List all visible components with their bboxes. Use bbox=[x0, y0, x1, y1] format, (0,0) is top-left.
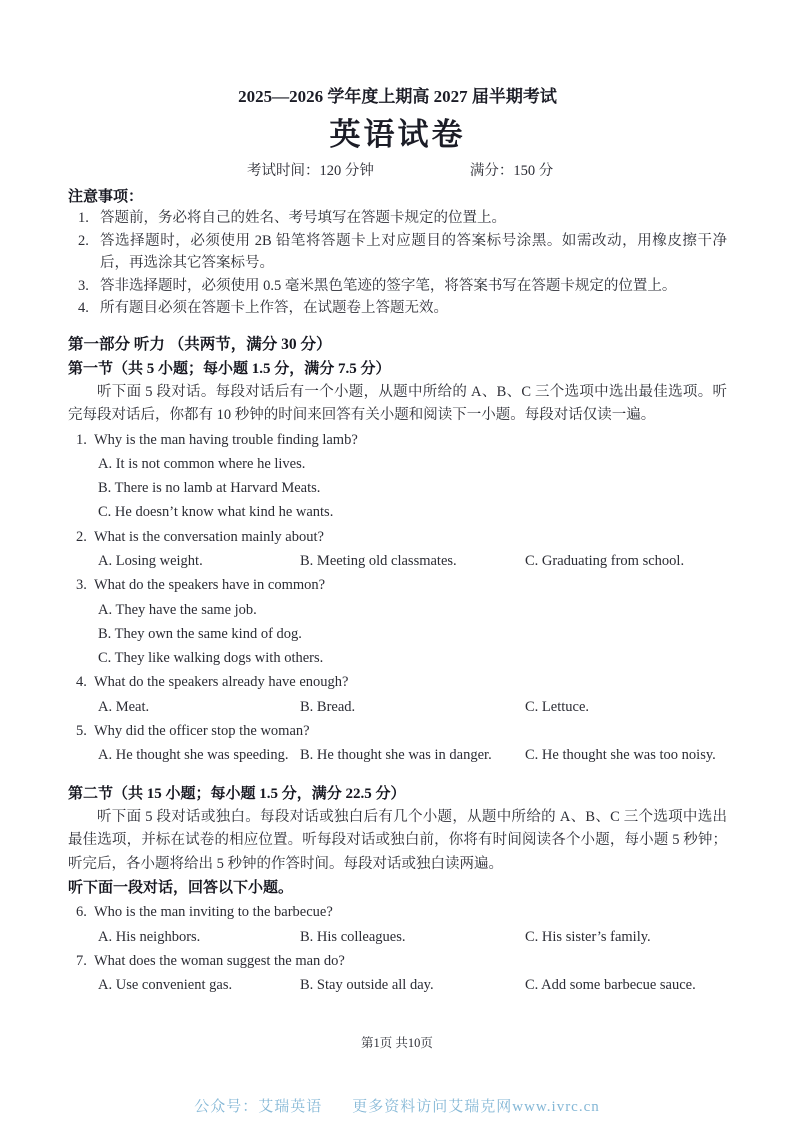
option-c: C. His sister’s family. bbox=[525, 925, 727, 949]
exam-paper-page: 2025—2026 学年度上期高 2027 届半期考试 英语试卷 考试时间：12… bbox=[0, 0, 794, 1123]
question-line: 7. What does the woman suggest the man d… bbox=[68, 949, 727, 973]
note-text: 答非选择题时，必须使用 0.5 毫米黑色笔迹的签字笔，将答案书写在答题卡规定的位… bbox=[100, 278, 676, 294]
question-text: What does the woman suggest the man do? bbox=[94, 953, 345, 969]
note-number: 1. bbox=[78, 207, 89, 230]
note-text: 答题前，务必将自己的姓名、考号填写在答题卡规定的位置上。 bbox=[100, 210, 506, 226]
exam-session-title: 2025—2026 学年度上期高 2027 届半期考试 bbox=[68, 86, 727, 108]
question-line: 5. Why did the officer stop the woman? bbox=[68, 719, 727, 743]
option-b: B. His colleagues. bbox=[300, 925, 525, 949]
question-7: 7. What does the woman suggest the man d… bbox=[68, 949, 727, 998]
question-line: 6. Who is the man inviting to the barbec… bbox=[68, 900, 727, 924]
question-text: What is the conversation mainly about? bbox=[94, 529, 324, 545]
option-a: A. He thought she was speeding. bbox=[98, 743, 300, 767]
exam-info-row: 考试时间：120 分钟 满分：150 分 bbox=[68, 162, 727, 180]
question-line: 3. What do the speakers have in common? bbox=[68, 573, 727, 597]
option-c: C. Lettuce. bbox=[525, 695, 727, 719]
option-a: A. It is not common where he lives. bbox=[68, 452, 727, 476]
exam-duration-label: 考试时间：120 分钟 bbox=[247, 162, 374, 180]
note-item-1: 1. 答题前，务必将自己的姓名、考号填写在答题卡规定的位置上。 bbox=[68, 207, 727, 230]
note-number: 4. bbox=[78, 297, 89, 320]
note-text: 答选择题时，必须使用 2B 铅笔将答题卡上对应题目的答案标号涂黑。如需改动，用橡… bbox=[100, 233, 727, 272]
section2-intro: 听下面 5 段对话或独白。每段对话或独白后有几个小题，从题中所给的 A、B、C … bbox=[68, 806, 727, 877]
question-number: 6. bbox=[76, 900, 87, 924]
section2-sub-heading: 听下面一段对话，回答以下小题。 bbox=[68, 876, 727, 900]
notes-heading: 注意事项： bbox=[68, 187, 727, 207]
page-number-indicator: 第1页 共10页 bbox=[0, 1033, 794, 1051]
promo-account-label: 公众号：艾瑞英语 bbox=[194, 1095, 322, 1116]
question-number: 7. bbox=[76, 949, 87, 973]
option-a: A. His neighbors. bbox=[98, 925, 300, 949]
question-text: Why did the officer stop the woman? bbox=[94, 723, 310, 739]
options-row: A. His neighbors. B. His colleagues. C. … bbox=[68, 925, 727, 949]
section2-heading: 第二节（共 15 小题；每小题 1.5 分，满分 22.5 分） bbox=[68, 782, 727, 806]
option-c: C. They like walking dogs with others. bbox=[68, 646, 727, 670]
option-b: B. They own the same kind of dog. bbox=[68, 622, 727, 646]
option-c: C. He thought she was too noisy. bbox=[525, 743, 727, 767]
question-text: Why is the man having trouble finding la… bbox=[94, 432, 358, 448]
option-c: C. Graduating from school. bbox=[525, 549, 727, 573]
note-item-2: 2. 答选择题时，必须使用 2B 铅笔将答题卡上对应题目的答案标号涂黑。如需改动… bbox=[68, 230, 727, 275]
option-a: A. Losing weight. bbox=[98, 549, 300, 573]
note-number: 3. bbox=[78, 275, 89, 298]
subject-title: 英语试卷 bbox=[68, 115, 727, 155]
options-row: A. Meat. B. Bread. C. Lettuce. bbox=[68, 695, 727, 719]
question-1: 1. Why is the man having trouble finding… bbox=[68, 428, 727, 525]
option-c: C. Add some barbecue sauce. bbox=[525, 973, 727, 997]
option-b: B. Bread. bbox=[300, 695, 525, 719]
note-item-4: 4. 所有题目必须在答题卡上作答，在试题卷上答题无效。 bbox=[68, 297, 727, 320]
promo-site-link[interactable]: 更多资料访问艾瑞克网www.ivrc.cn bbox=[352, 1095, 600, 1116]
section1-heading: 第一节（共 5 小题；每小题 1.5 分，满分 7.5 分） bbox=[68, 357, 727, 381]
option-a: A. Use convenient gas. bbox=[98, 973, 300, 997]
question-line: 1. Why is the man having trouble finding… bbox=[68, 428, 727, 452]
question-line: 4. What do the speakers already have eno… bbox=[68, 670, 727, 694]
options-row: A. He thought she was speeding. B. He th… bbox=[68, 743, 727, 767]
question-2: 2. What is the conversation mainly about… bbox=[68, 525, 727, 574]
options-row: A. Losing weight. B. Meeting old classma… bbox=[68, 549, 727, 573]
note-item-3: 3. 答非选择题时，必须使用 0.5 毫米黑色笔迹的签字笔，将答案书写在答题卡规… bbox=[68, 275, 727, 298]
question-text: Who is the man inviting to the barbecue? bbox=[94, 904, 333, 920]
part1-heading: 第一部分 听力 （共两节，满分 30 分） bbox=[68, 333, 727, 357]
question-text: What do the speakers already have enough… bbox=[94, 674, 348, 690]
question-number: 4. bbox=[76, 670, 87, 694]
page-content: 2025—2026 学年度上期高 2027 届半期考试 英语试卷 考试时间：12… bbox=[68, 86, 727, 998]
option-a: A. Meat. bbox=[98, 695, 300, 719]
section1-intro: 听下面 5 段对话。每段对话后有一个小题，从题中所给的 A、B、C 三个选项中选… bbox=[68, 381, 727, 428]
question-3: 3. What do the speakers have in common? … bbox=[68, 573, 727, 670]
note-number: 2. bbox=[78, 230, 89, 253]
option-b: B. Stay outside all day. bbox=[300, 973, 525, 997]
exam-total-score-label: 满分：150 分 bbox=[470, 162, 553, 180]
question-line: 2. What is the conversation mainly about… bbox=[68, 525, 727, 549]
question-text: What do the speakers have in common? bbox=[94, 577, 325, 593]
question-number: 5. bbox=[76, 719, 87, 743]
options-row: A. Use convenient gas. B. Stay outside a… bbox=[68, 973, 727, 997]
option-a: A. They have the same job. bbox=[68, 598, 727, 622]
question-4: 4. What do the speakers already have eno… bbox=[68, 670, 727, 719]
question-number: 1. bbox=[76, 428, 87, 452]
question-6: 6. Who is the man inviting to the barbec… bbox=[68, 900, 727, 949]
promo-footer: 公众号：艾瑞英语 更多资料访问艾瑞克网www.ivrc.cn bbox=[0, 1095, 794, 1116]
option-b: B. He thought she was in danger. bbox=[300, 743, 525, 767]
question-number: 3. bbox=[76, 573, 87, 597]
option-b: B. Meeting old classmates. bbox=[300, 549, 525, 573]
option-c: C. He doesn’t know what kind he wants. bbox=[68, 500, 727, 524]
note-text: 所有题目必须在答题卡上作答，在试题卷上答题无效。 bbox=[100, 300, 448, 316]
question-5: 5. Why did the officer stop the woman? A… bbox=[68, 719, 727, 768]
question-number: 2. bbox=[76, 525, 87, 549]
option-b: B. There is no lamb at Harvard Meats. bbox=[68, 476, 727, 500]
